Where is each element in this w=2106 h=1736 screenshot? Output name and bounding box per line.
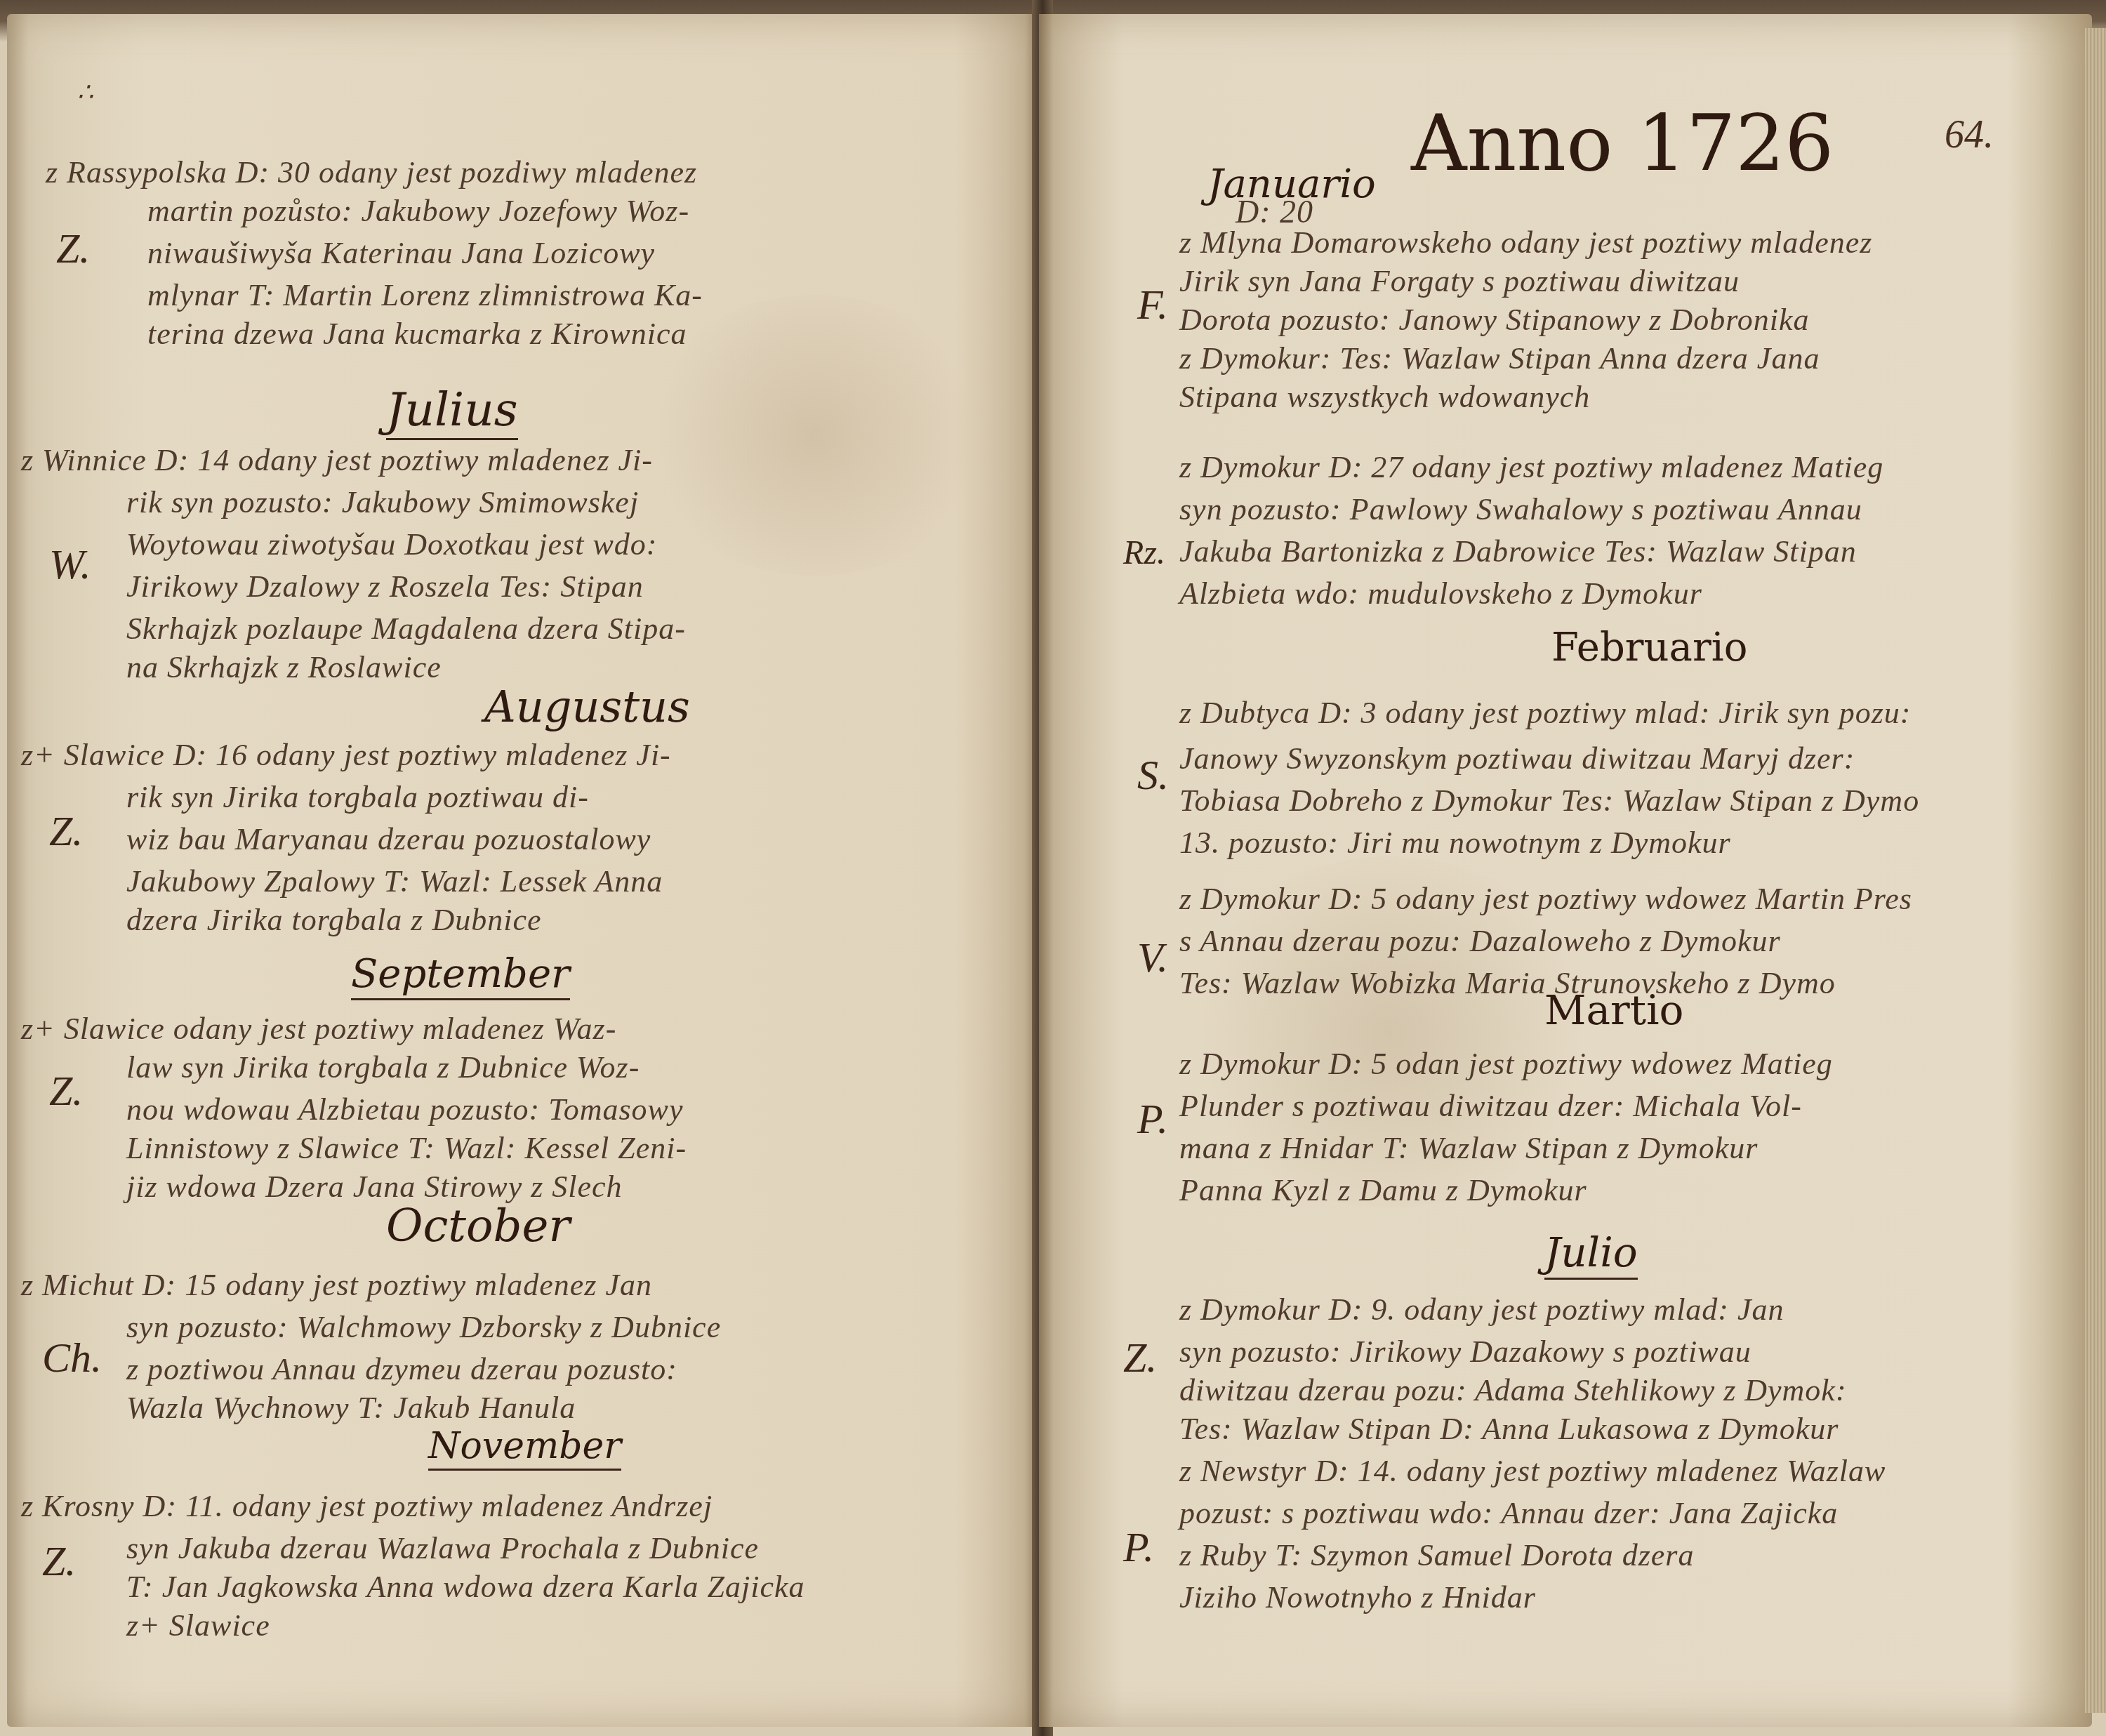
record-line: z Rassypolska D: 30 odany jest pozdiwy m…	[46, 154, 697, 190]
record-line: mlynar T: Martin Lorenz zlimnistrowa Ka-	[147, 277, 703, 313]
margin-initial: F.	[1137, 281, 1168, 329]
paper-stain	[639, 295, 990, 576]
book-spread: ∴ Z. z Rassypolska D: 30 odany jest pozd…	[0, 0, 2106, 1736]
record-line: Tes: Wazlaw Wobizka Maria Strunovskeho z…	[1179, 965, 1836, 1001]
record-line: 13. pozusto: Jiri mu nowotnym z Dymokur	[1179, 825, 1731, 861]
record-line: dzera Jirika torgbala z Dubnice	[126, 902, 542, 938]
record-line: Alzbieta wdo: mudulovskeho z Dymokur	[1179, 576, 1702, 611]
record-line: Jiziho Nowotnyho z Hnidar	[1179, 1579, 1536, 1615]
record-line: z Michut D: 15 odany jest poztiwy mladen…	[21, 1267, 652, 1303]
record-line: z Dubtyca D: 3 odany jest poztiwy mlad: …	[1179, 695, 1911, 731]
month-heading-julius: Julius	[386, 383, 518, 440]
margin-initial: Z.	[56, 225, 90, 273]
record-line: T: Jan Jagkowska Anna wdowa dzera Karla …	[126, 1569, 805, 1605]
record-line: z Dymokur D: 5 odany jest poztiwy wdowez…	[1179, 881, 1912, 917]
record-line: z Krosny D: 11. odany jest poztiwy mlade…	[21, 1488, 713, 1524]
month-heading-october: October	[386, 1200, 570, 1252]
month-heading-februario: Februario	[1551, 625, 1747, 670]
year-heading: Anno 1726	[1411, 98, 1834, 188]
record-line: z poztiwou Annau dzymeu dzerau pozusto:	[126, 1351, 677, 1387]
month-heading-martio: Martio	[1544, 986, 1683, 1034]
margin-initial: P.	[1137, 1095, 1168, 1144]
record-line: Panna Kyzl z Damu z Dymokur	[1179, 1172, 1587, 1208]
month-heading-november: November	[428, 1425, 621, 1471]
corner-mark: ∴	[77, 77, 93, 107]
record-line: s Annau dzerau pozu: Dazaloweho z Dymoku…	[1179, 923, 1781, 959]
margin-initial: Z.	[49, 1067, 83, 1115]
record-line: niwaušiwyša Katerinau Jana Lozicowy	[147, 235, 655, 271]
record-line: z Winnice D: 14 odany jest poztiwy mlade…	[21, 442, 653, 478]
record-line: mana z Hnidar T: Wazlaw Stipan z Dymokur	[1179, 1130, 1758, 1166]
record-line: rik syn Jirika torgbala poztiwau di-	[126, 779, 589, 815]
record-line: Plunder s poztiwau diwitzau dzer: Michal…	[1179, 1088, 1802, 1124]
record-line: Tobiasa Dobreho z Dymokur Tes: Wazlaw St…	[1179, 783, 1919, 819]
record-line: diwitzau dzerau pozu: Adama Stehlikowy z…	[1179, 1372, 1847, 1408]
record-line: z Dymokur D: 5 odan jest poztiwy wdowez …	[1179, 1046, 1833, 1082]
record-line: Linnistowy z Slawice T: Wazl: Kessel Zen…	[126, 1130, 687, 1166]
margin-initial: Z.	[49, 807, 83, 856]
record-line: z Ruby T: Szymon Samuel Dorota dzera	[1179, 1537, 1694, 1573]
record-line: z+ Slawice	[126, 1608, 270, 1643]
record-line: Woytowau ziwotyšau Doxotkau jest wdo:	[126, 526, 657, 562]
record-line: Wazla Wychnowy T: Jakub Hanula	[126, 1390, 576, 1426]
record-line: z Dymokur D: 27 odany jest poztiwy mlade…	[1179, 449, 1883, 485]
record-line: Skrhajzk pozlaupe Magdalena dzera Stipa-	[126, 611, 686, 647]
record-line: wiz bau Maryanau dzerau pozuostalowy	[126, 821, 651, 857]
page-edges	[2085, 28, 2106, 1713]
record-line: law syn Jirika torgbala z Dubnice Woz-	[126, 1049, 640, 1085]
record-line: pozust: s poztiwau wdo: Annau dzer: Jana…	[1179, 1495, 1838, 1531]
record-line: rik syn pozusto: Jakubowy Smimowskej	[126, 484, 639, 520]
record-line: Jakubowy Zpalowy T: Wazl: Lessek Anna	[126, 863, 663, 899]
record-line: Tes: Wazlaw Stipan D: Anna Lukasowa z Dy…	[1179, 1411, 1839, 1447]
margin-initial: Z.	[1123, 1334, 1157, 1382]
margin-initial: S.	[1137, 751, 1169, 800]
record-line: martin pozůsto: Jakubowy Jozefowy Woz-	[147, 193, 689, 229]
record-line: syn Jakuba dzerau Wazlawa Prochala z Dub…	[126, 1530, 759, 1566]
margin-initial: P.	[1123, 1523, 1154, 1572]
month-heading-september: September	[351, 951, 570, 1000]
record-line: terina dzewa Jana kucmarka z Kirownica	[147, 316, 687, 352]
record-line: Jirik syn Jana Forgaty s poztiwau diwitz…	[1179, 263, 1740, 299]
record-line: nou wdowau Alzbietau pozusto: Tomasowy	[126, 1092, 683, 1127]
record-line: Jakuba Bartonizka z Dabrowice Tes: Wazla…	[1179, 534, 1857, 569]
left-page: ∴ Z. z Rassypolska D: 30 odany jest pozd…	[7, 14, 1039, 1727]
record-line: na Skrhajzk z Roslawice	[126, 649, 442, 685]
record-line: z+ Slawice D: 16 odany jest poztiwy mlad…	[21, 737, 671, 773]
record-line: Stipana wszystkych wdowanych	[1179, 379, 1590, 415]
record-line: syn pozusto: Jirikowy Dazakowy s poztiwa…	[1179, 1334, 1751, 1370]
margin-initial: Z.	[42, 1537, 76, 1586]
right-page: 64. Anno 1726 Januario D: 20 F. z Mlyna …	[1039, 14, 2092, 1727]
record-line: z Dymokur: Tes: Wazlaw Stipan Anna dzera…	[1179, 340, 1820, 376]
record-line: z+ Slawice odany jest poztiwy mladenez W…	[21, 1011, 616, 1047]
record-line: Janowy Swyzonskym poztiwau diwitzau Mary…	[1179, 741, 1855, 776]
folio-number: 64.	[1945, 112, 1994, 157]
month-heading-julio: Julio	[1544, 1228, 1638, 1280]
margin-initial: V.	[1137, 934, 1168, 982]
margin-initial: Rz.	[1123, 534, 1165, 572]
record-line: z Newstyr D: 14. odany jest poztiwy mlad…	[1179, 1453, 1886, 1489]
record-line: Dorota pozusto: Janowy Stipanowy z Dobro…	[1179, 302, 1810, 338]
record-line: z Dymokur D: 9. odany jest poztiwy mlad:…	[1179, 1292, 1784, 1327]
record-line: z Mlyna Domarowskeho odany jest poztiwy …	[1179, 225, 1872, 260]
margin-initial: W.	[49, 541, 91, 589]
record-line: syn pozusto: Walchmowy Dzborsky z Dubnic…	[126, 1309, 721, 1345]
record-line: Jirikowy Dzalowy z Roszela Tes: Stipan	[126, 569, 644, 604]
month-heading-augustus: Augustus	[484, 681, 690, 732]
record-line: syn pozusto: Pawlowy Swahalowy s poztiwa…	[1179, 491, 1862, 527]
margin-initial: Ch.	[42, 1334, 102, 1382]
record-line: jiz wdowa Dzera Jana Stirowy z Slech	[126, 1169, 623, 1205]
